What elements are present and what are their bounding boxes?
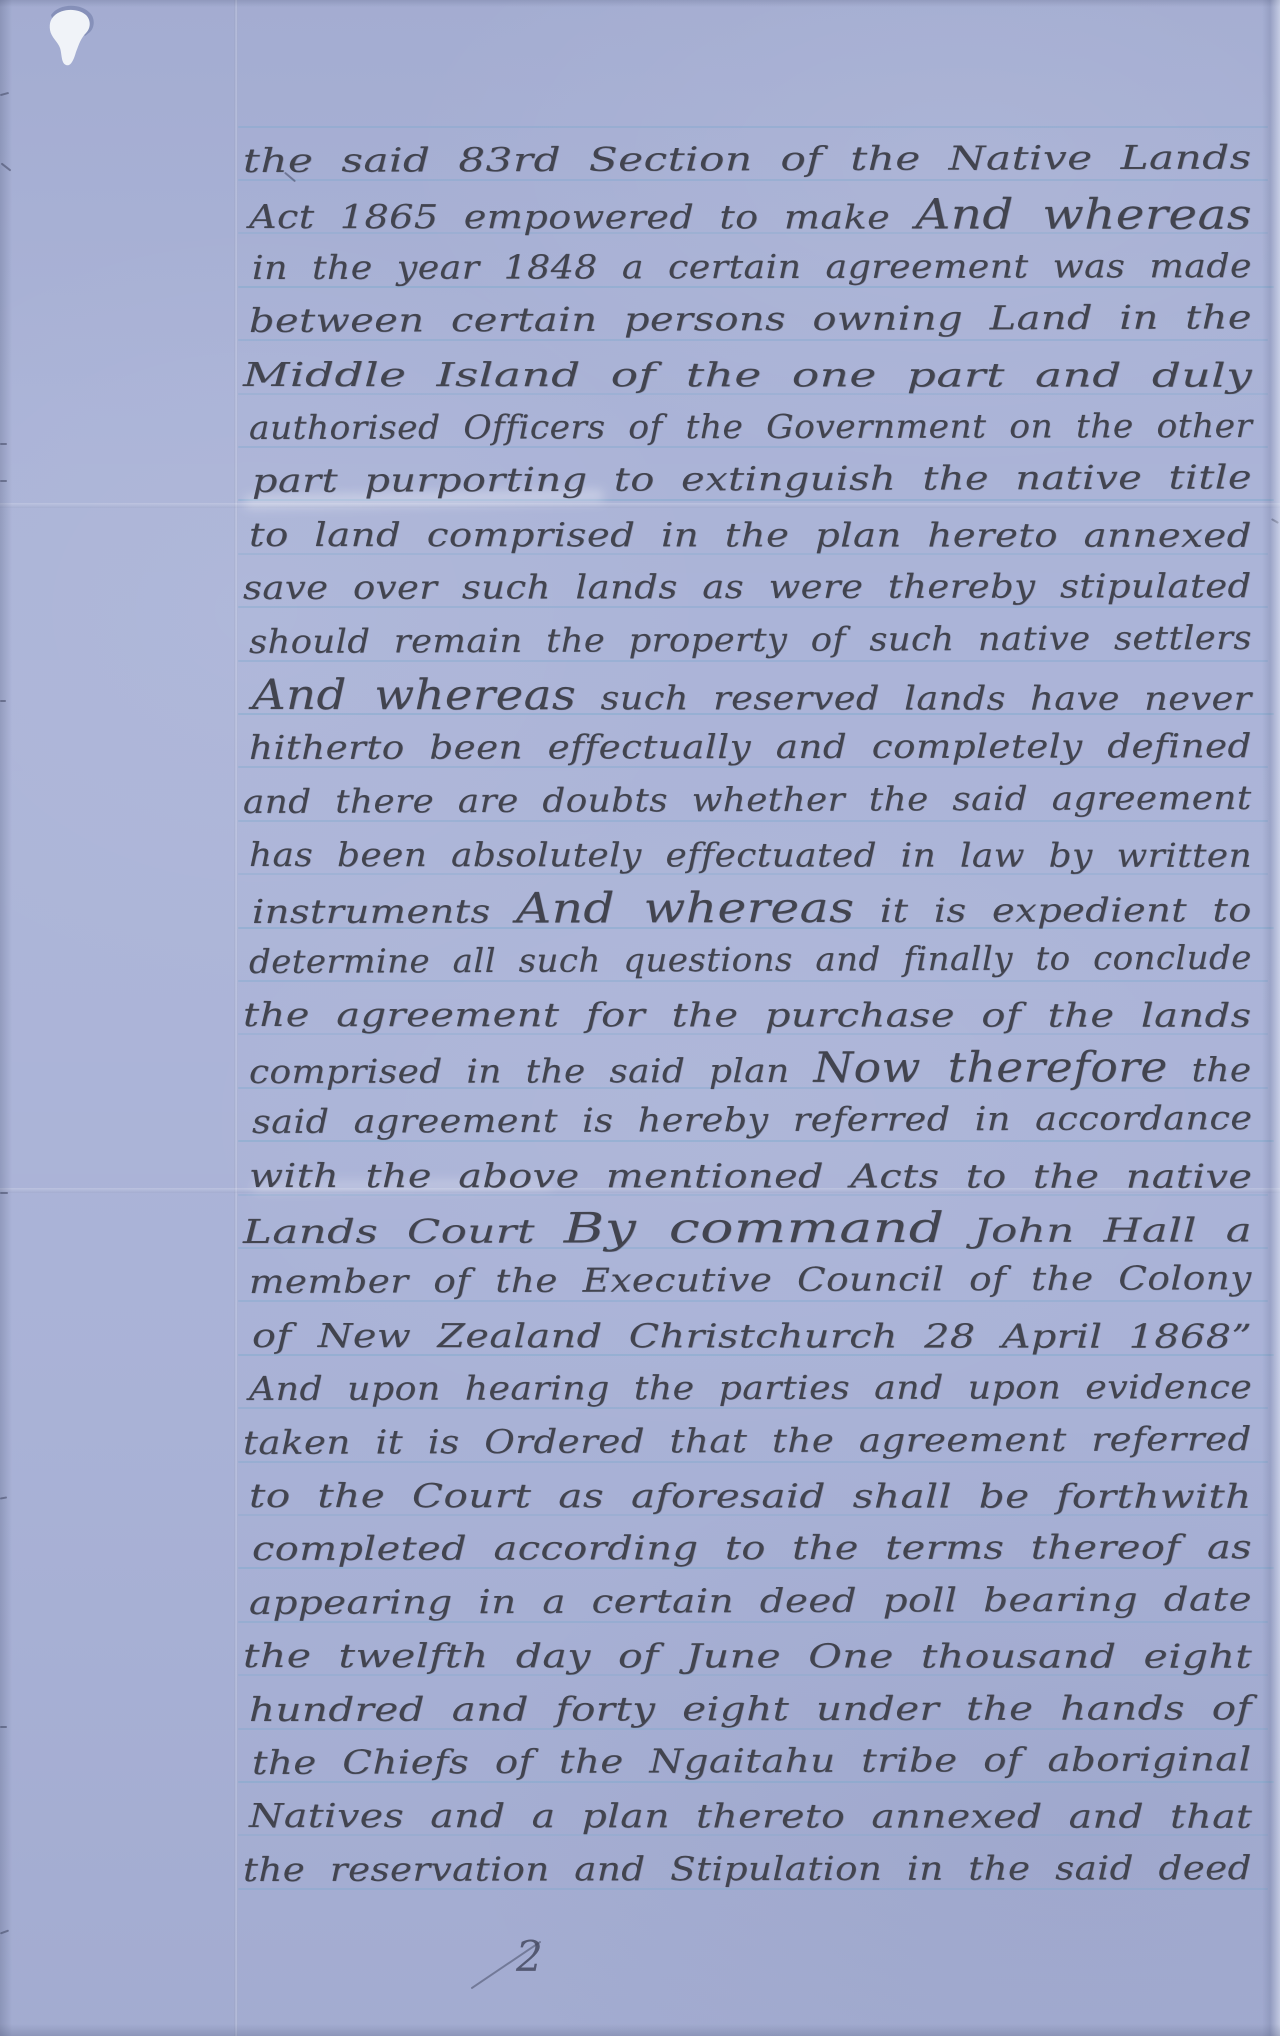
manuscript-line: with the above mentioned Acts to the nat… <box>249 1150 1252 1203</box>
emphasized-phrase: Now therefore <box>813 1042 1168 1092</box>
manuscript-line: hundred and forty eight under the hands … <box>249 1682 1252 1736</box>
hole-tear <box>50 10 90 65</box>
scanned-manuscript-page: the said 83rd Section of the Native Land… <box>0 0 1280 2036</box>
manuscript-line: in the year 1848 a certain agreement was… <box>252 240 1252 294</box>
emphasized-phrase: And whereas <box>915 190 1252 239</box>
manuscript-line: and there are doubts whether the said ag… <box>243 772 1252 828</box>
manuscript-line: the twelfth day of June One thousand eig… <box>243 1630 1252 1683</box>
emphasized-phrase: And whereas <box>516 883 855 933</box>
manuscript-line: said agreement is hereby referred in acc… <box>252 1092 1253 1148</box>
manuscript-line: save over such lands as were thereby sti… <box>243 560 1252 614</box>
manuscript-line: the said 83rd Section of the Native Land… <box>243 132 1252 187</box>
stray-mark <box>0 1726 7 1728</box>
emphasized-phrase: And whereas <box>252 670 576 719</box>
manuscript-line: of New Zealand Christchurch 28 April 186… <box>252 1310 1252 1363</box>
manuscript-line: taken it is Ordered that the agreement r… <box>243 1413 1252 1469</box>
manuscript-line: between certain persons owning Land in t… <box>249 292 1252 348</box>
manuscript-line: member of the Executive Council of the C… <box>249 1253 1252 1309</box>
manuscript-line: has been absolutely effectuated in law b… <box>249 829 1252 882</box>
manuscript-line: should remain the property of such nativ… <box>249 612 1252 668</box>
manuscript-line: the agreement for the purchase of the la… <box>243 989 1252 1042</box>
stray-mark <box>0 700 6 702</box>
manuscript-line: authorised Officers of the Government on… <box>249 400 1252 454</box>
page-number: 2 <box>456 1918 616 2008</box>
manuscript-line: part purporting to extinguish the native… <box>252 452 1252 508</box>
manuscript-line: determine all such questions and finally… <box>249 932 1252 988</box>
manuscript-line: hitherto been effectually and completely… <box>249 721 1252 775</box>
manuscript-line: comprised in the said plan Now therefore… <box>249 1041 1252 1095</box>
stray-mark <box>0 1192 8 1194</box>
manuscript-line: to the Court as aforesaid shall be forth… <box>249 1470 1252 1523</box>
stray-mark <box>0 443 7 445</box>
manuscript-line: appearing in a certain deed poll bearing… <box>249 1573 1252 1629</box>
manuscript-line: Act 1865 empowered to make And whereas <box>249 188 1252 241</box>
emphasized-phrase: By command <box>564 1203 945 1253</box>
stray-mark <box>0 480 7 482</box>
manuscript-line: completed according to the terms thereof… <box>252 1522 1252 1576</box>
manuscript-line: instruments And whereas it is expedient … <box>252 881 1252 935</box>
paper-hole <box>34 4 100 90</box>
manuscript-line: to land comprised in the plan hereto ann… <box>249 509 1252 562</box>
manuscript-line: And whereas such reserved lands have nev… <box>252 669 1252 722</box>
manuscript-line: the Chiefs of the Ngaitahu tribe of abor… <box>252 1733 1252 1789</box>
page-number-value: 2 <box>516 1932 543 1981</box>
manuscript-line: And upon hearing the parties and upon ev… <box>249 1361 1252 1415</box>
manuscript-line: Natives and a plan thereto annexed and t… <box>249 1790 1252 1843</box>
manuscript-line: the reservation and Stipulation in the s… <box>243 1842 1252 1896</box>
manuscript-line: Middle Island of the one part and duly <box>243 349 1252 402</box>
manuscript-lines: the said 83rd Section of the Native Land… <box>0 0 1280 2036</box>
manuscript-line: Lands Court By command John Hall a <box>243 1201 1252 1255</box>
